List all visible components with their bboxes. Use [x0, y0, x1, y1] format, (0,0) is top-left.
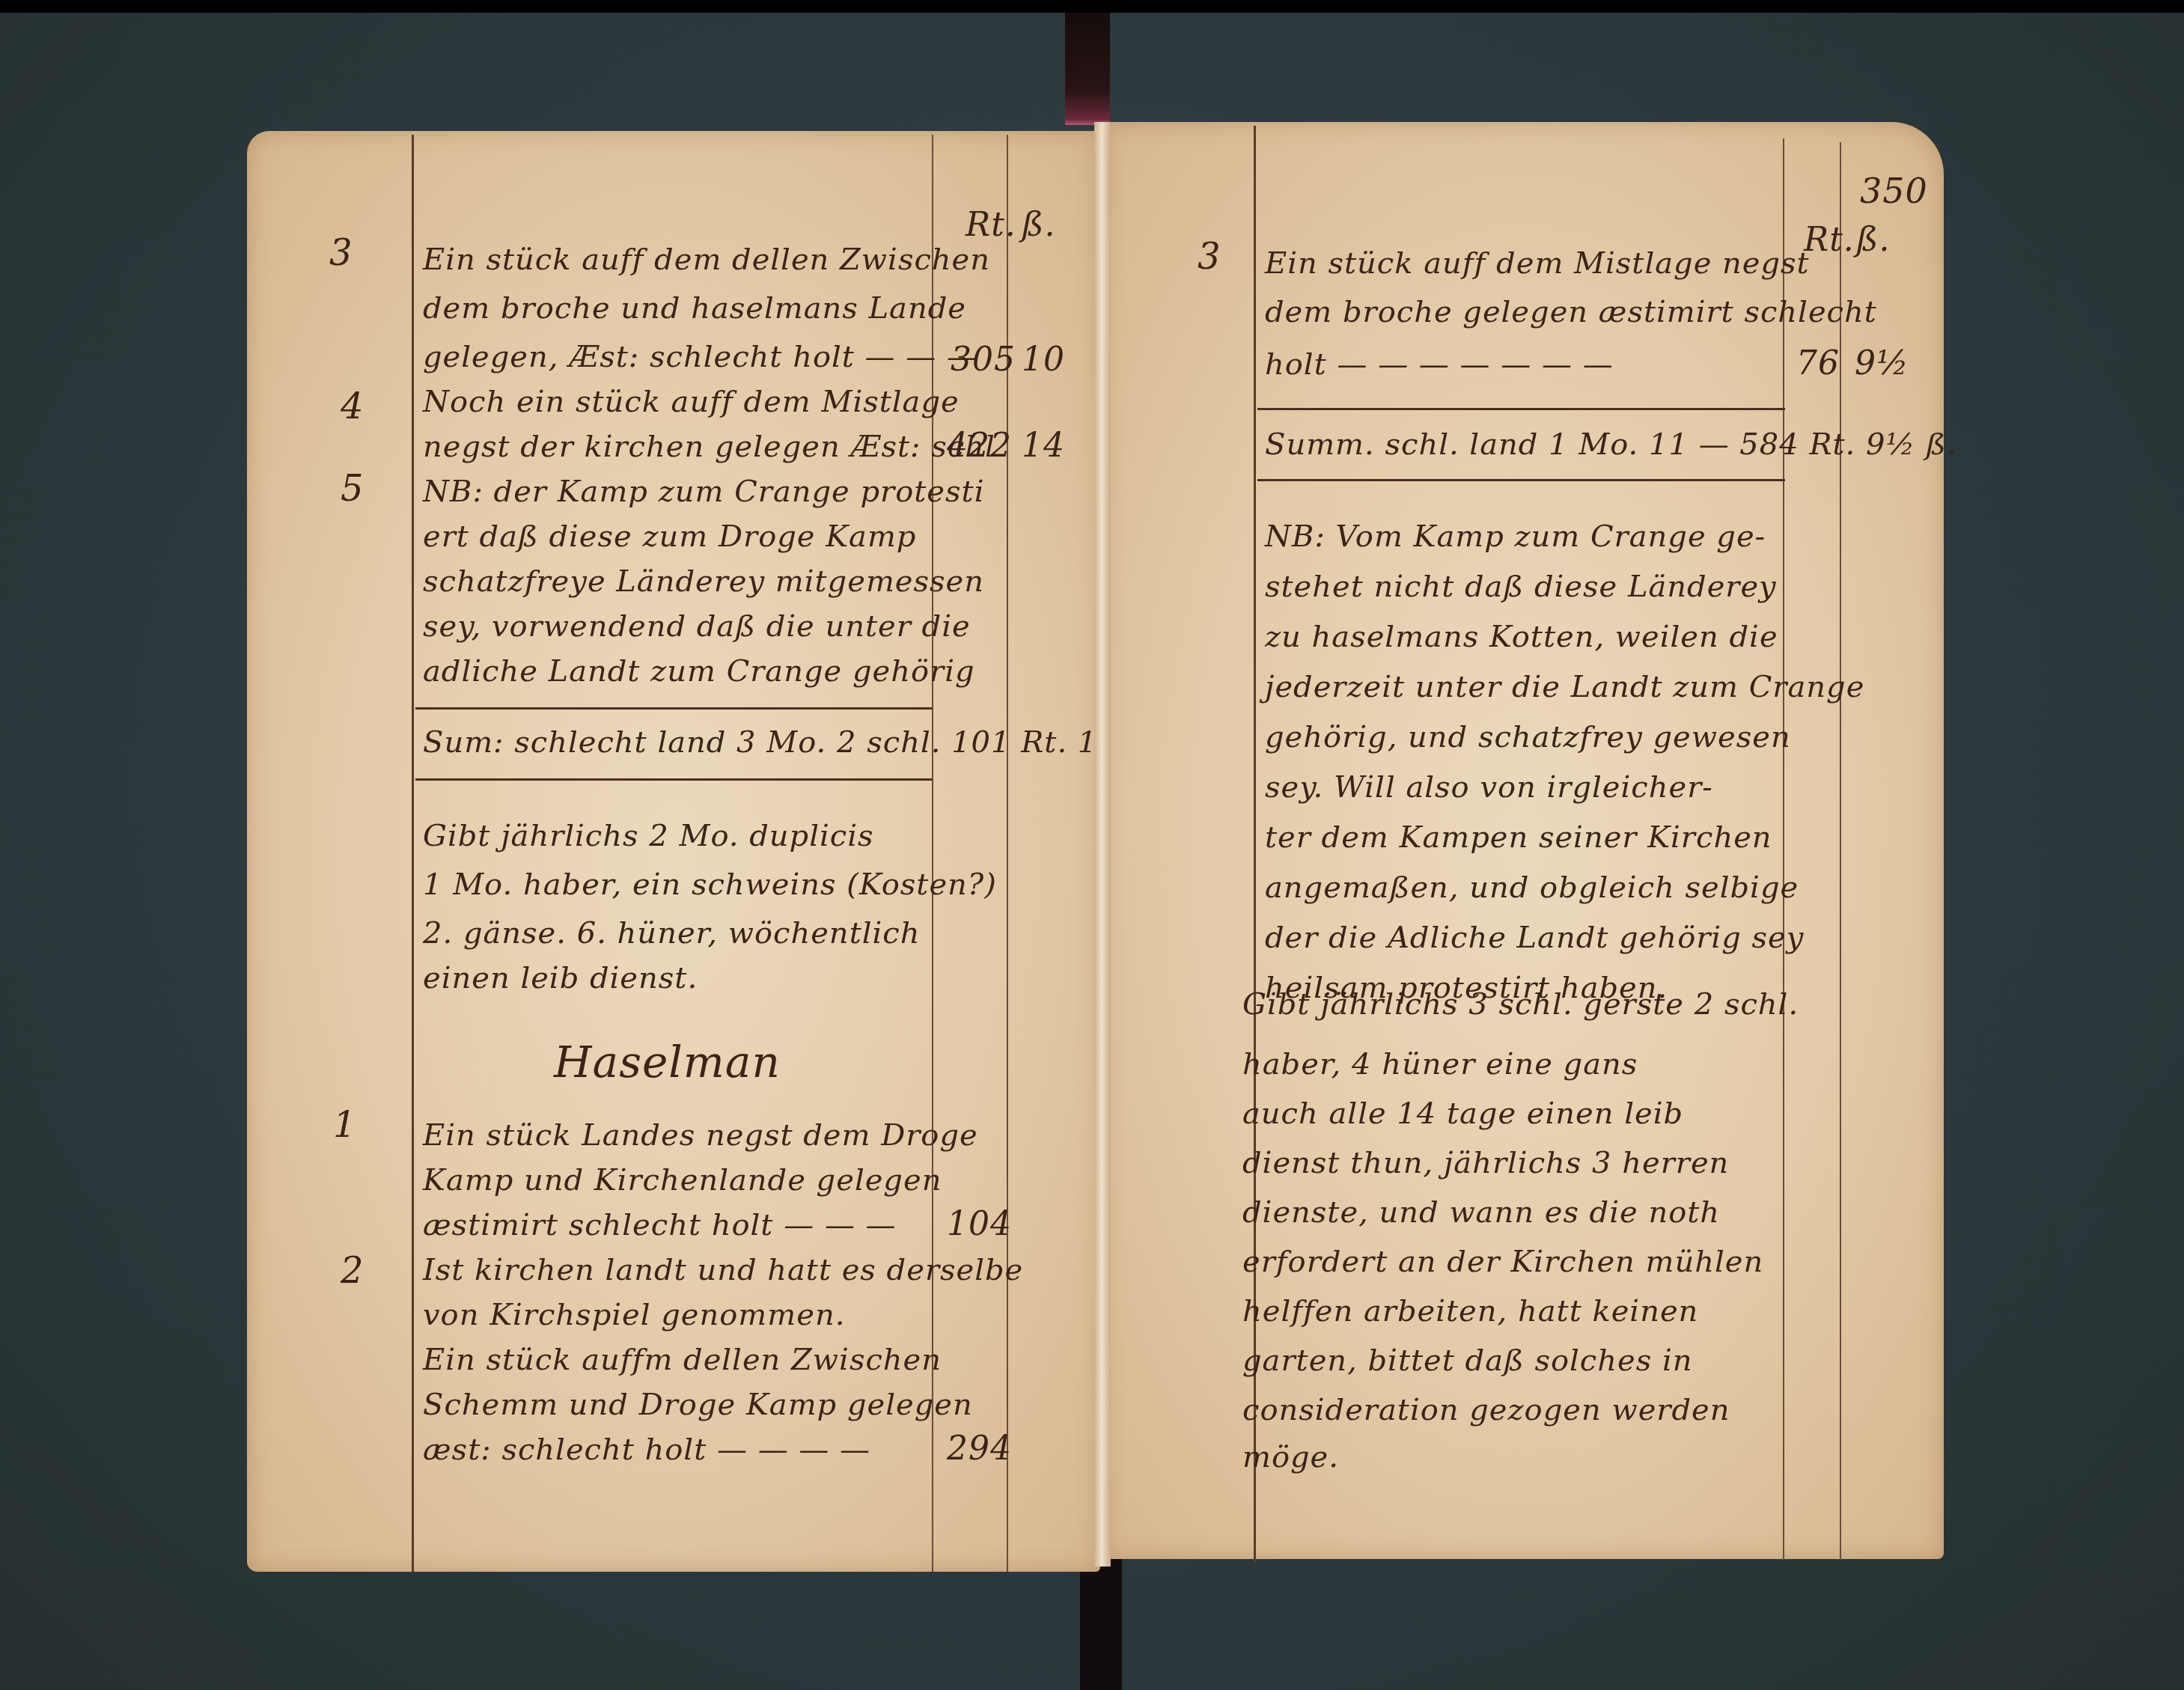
right-entry-line: dem broche gelegen æstimirt schlecht — [1265, 288, 1877, 336]
right-dues-line: garten, bittet daß solches in — [1242, 1337, 1692, 1385]
folio-number: 350 — [1860, 171, 1928, 211]
left-entry-line: Ein stück Landes negst dem Droge — [423, 1111, 978, 1159]
right-amount-rule-2 — [1840, 142, 1841, 1561]
left-entry-line: Ist kirchen landt und hatt es derselbe — [423, 1246, 1023, 1294]
left-dues-line: 1 Mo. haber, ein schweins (Kosten?) — [423, 861, 997, 909]
right-dues-line: consideration gezogen werden — [1242, 1386, 1730, 1434]
left-col-header-2: ß. — [1022, 206, 1055, 244]
left-amount: 104 — [947, 1205, 1012, 1243]
right-nb-line: NB: Vom Kamp zum Crange ge- — [1265, 513, 1766, 561]
window-title-bar: /Abt_Westfalen/D002/~017/01701/LAV_W_D00… — [0, 0, 2184, 13]
right-dues-line: helffen arbeiten, hatt keinen — [1242, 1287, 1698, 1335]
right-sum-line: Summ. schl. land 1 Mo. 11 — 584 Rt. 9½ ß… — [1265, 421, 1956, 469]
right-sum-rule-top — [1257, 408, 1785, 410]
left-dues-line: einen leib dienst. — [423, 954, 698, 1002]
left-sum-rule-top — [415, 707, 932, 710]
right-dues-line: möge. — [1242, 1433, 1339, 1481]
left-section-heading: Haselman — [554, 1037, 781, 1087]
left-entry-line: Ein stück auff dem dellen Zwischen — [423, 236, 990, 284]
left-entry-line: von Kirchspiel genommen. — [423, 1291, 845, 1339]
book-gutter — [1094, 122, 1111, 1567]
left-entry-no: 2 — [341, 1250, 364, 1292]
left-entry-line: ert daß diese zum Droge Kamp — [423, 513, 916, 561]
left-entry-no: 4 — [341, 385, 364, 427]
right-col-header-2: ß. — [1856, 221, 1890, 259]
left-entry-line: Noch ein stück auff dem Mistlage — [423, 378, 960, 426]
left-entry-line: gelegen, Æst: schlecht holt — — — — [423, 333, 977, 381]
right-dues-line: Gibt jährlichs 3 schl. gerste 2 schl. — [1242, 980, 1799, 1028]
left-entry-line: æst: schlecht holt — — — — — [423, 1426, 870, 1474]
left-entry-line: adliche Landt zum Crange gehörig — [423, 647, 975, 695]
left-amount: 14 — [1022, 427, 1065, 465]
left-entry-line: negst der kirchen gelegen Æst: schl — [423, 423, 995, 471]
left-entry-no: 5 — [341, 468, 364, 510]
binding-strap-top — [1065, 13, 1110, 125]
right-nb-line: angemaßen, und obgleich selbige — [1265, 864, 1799, 912]
left-entry-line: NB: der Kamp zum Crange protesti — [423, 468, 984, 516]
right-dues-line: dienst thun, jährlichs 3 herren — [1242, 1139, 1729, 1187]
right-dues-line: dienste, und wann es die noth — [1242, 1189, 1720, 1236]
right-amount-rule-1 — [1783, 138, 1784, 1561]
binding-strap-bottom — [1080, 1557, 1122, 1690]
left-margin-rule — [412, 135, 414, 1572]
right-amount: 9½ — [1855, 344, 1909, 382]
right-nb-line: gehörig, und schatzfrey gewesen — [1265, 713, 1791, 761]
right-nb-line: der die Adliche Landt gehörig sey — [1265, 914, 1804, 962]
left-dues-line: 2. gänse. 6. hüner, wöchentlich — [423, 909, 920, 957]
right-nb-line: stehet nicht daß diese Länderey — [1265, 563, 1777, 611]
right-dues-line: erfordert an der Kirchen mühlen — [1242, 1238, 1763, 1286]
right-amount: 76 — [1796, 344, 1840, 382]
left-entry-line: Kamp und Kirchenlande gelegen — [423, 1156, 942, 1204]
left-amount: 294 — [947, 1430, 1012, 1468]
right-entry-line: holt — — — — — — — — [1265, 341, 1614, 388]
left-dues-line: Gibt jährlichs 2 Mo. duplicis — [423, 812, 873, 860]
right-sum-rule-bottom — [1257, 479, 1785, 481]
left-entry-line: schatzfreye Länderey mitgemessen — [423, 558, 984, 605]
right-dues-line: auch alle 14 tage einen leib — [1242, 1090, 1683, 1138]
left-entry-line: Ein stück auffm dellen Zwischen — [423, 1336, 942, 1384]
left-entry-line: æstimirt schlecht holt — — — — [423, 1201, 897, 1249]
left-sum-rule-bottom — [415, 778, 932, 781]
right-nb-line: jederzeit unter die Landt zum Crange — [1265, 663, 1864, 711]
right-nb-line: sey. Will also von irgleicher- — [1265, 763, 1713, 811]
right-entry-line: Ein stück auff dem Mistlage negst — [1265, 240, 1810, 287]
left-entry-line: Schemm und Droge Kamp gelegen — [423, 1381, 973, 1429]
left-entry-line: sey, vorwendend daß die unter die — [423, 603, 971, 650]
left-entry-line: dem broche und haselmans Lande — [423, 284, 966, 332]
left-sum-line: Sum: schlecht land 3 Mo. 2 schl. 101 Rt.… — [423, 719, 1159, 766]
left-amount: 10 — [1022, 341, 1065, 379]
left-amount: 422 — [947, 427, 1012, 465]
left-entry-no: 3 — [329, 232, 353, 274]
left-amount: 305 — [951, 341, 1016, 379]
right-nb-line: ter dem Kampen seiner Kirchen — [1265, 814, 1772, 861]
right-nb-line: zu haselmans Kotten, weilen die — [1265, 613, 1778, 661]
left-entry-no: 1 — [333, 1104, 357, 1146]
right-dues-line: haber, 4 hüner eine gans — [1242, 1040, 1638, 1088]
right-col-header-1: Rt. — [1804, 221, 1855, 259]
right-entry-no: 3 — [1198, 236, 1221, 278]
